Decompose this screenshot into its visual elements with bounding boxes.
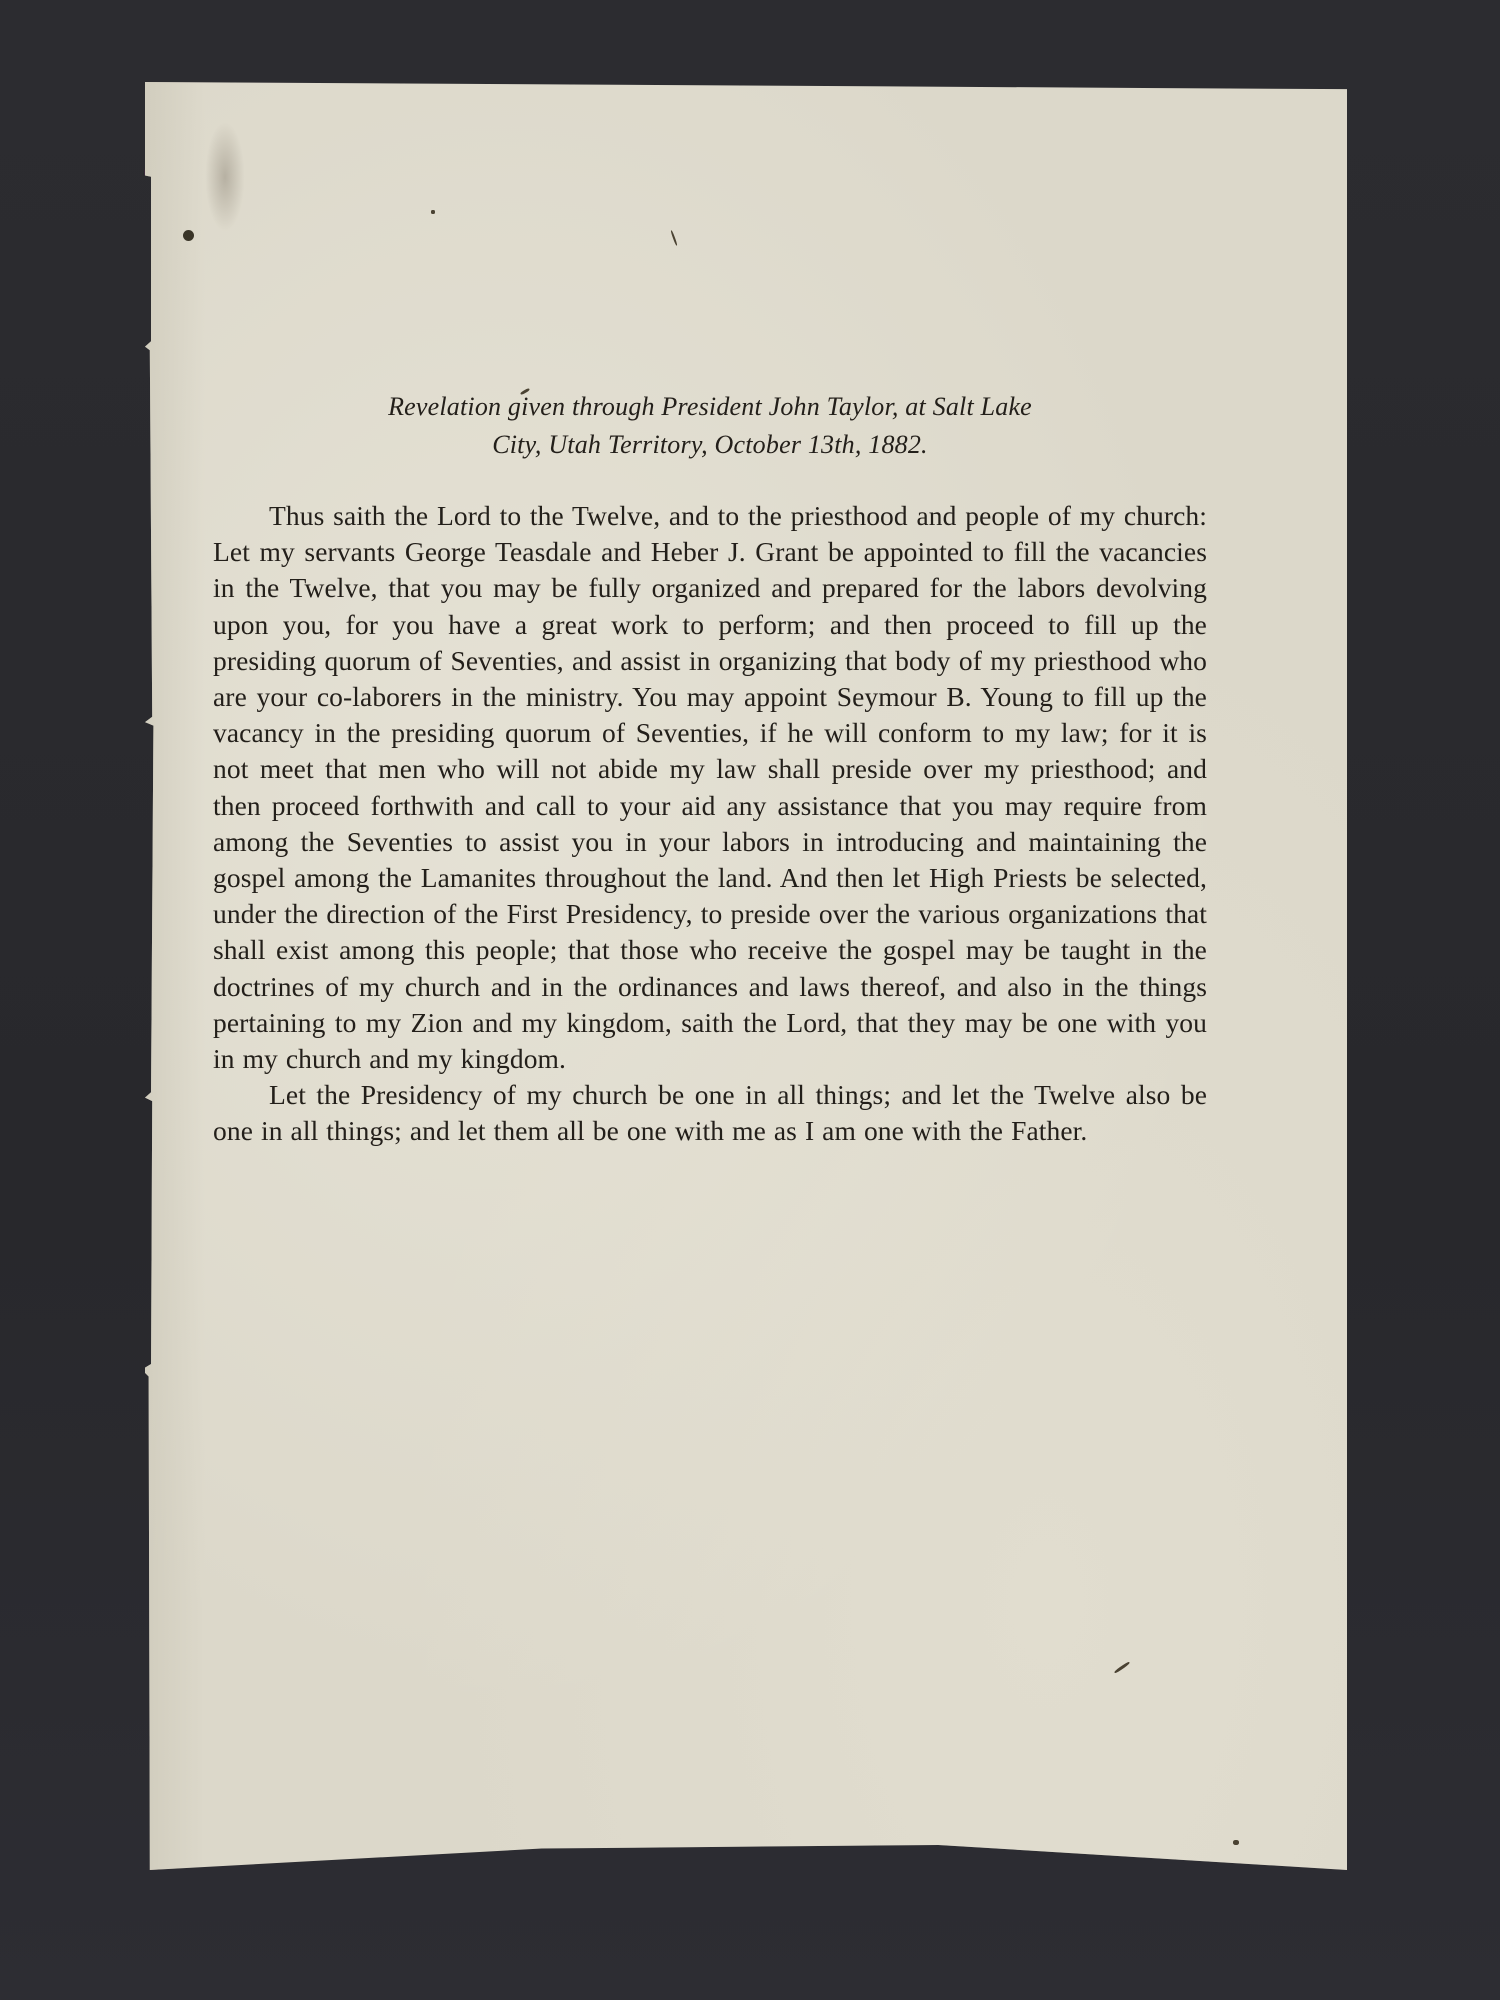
heading-line-2: City, Utah Territory, October 13th, 1882…	[233, 426, 1187, 464]
document-body: Revelation given through President John …	[213, 388, 1207, 1150]
document-heading: Revelation given through President John …	[213, 388, 1207, 464]
paragraph-2: Let the Presidency of my church be one i…	[213, 1077, 1207, 1149]
paper-fleck	[1114, 1661, 1130, 1674]
paper-fleck	[431, 210, 435, 214]
paper-fleck	[670, 230, 677, 246]
heading-line-1: Revelation given through President John …	[233, 388, 1187, 426]
fingerprint-smudge	[205, 122, 245, 232]
paragraph-1: Thus saith the Lord to the Twelve, and t…	[213, 498, 1207, 1077]
paper-fleck	[1233, 1840, 1239, 1845]
pin-hole	[183, 230, 194, 241]
